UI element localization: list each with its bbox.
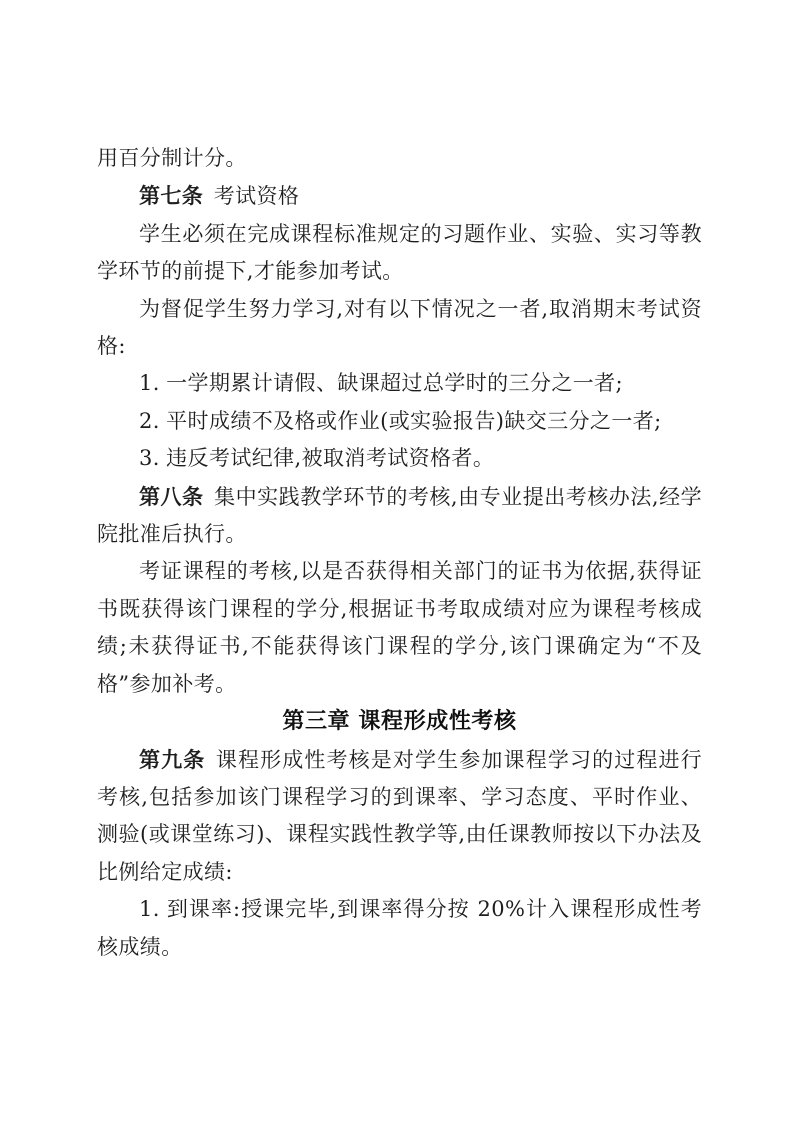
article-8-paragraph: 第八条集中实践教学环节的考核,由专业提出考核办法,经学院批准后执行。	[97, 478, 702, 554]
attendance-item-marker: 1.	[139, 897, 160, 921]
article-7-heading: 第七条考试资格	[97, 177, 702, 215]
article-9-paragraph: 第九条课程形成性考核是对学生参加课程学习的过程进行考核,包括参加该门课程学习的到…	[97, 741, 702, 892]
paragraph-certificate-course: 考证课程的考核,以是否获得相关部门的证书为依据,获得证书既获得该门课程的学分,根…	[97, 553, 702, 703]
list-item-2-marker: 2.	[139, 409, 160, 433]
cancel-list-item-2: 2.平时成绩不及格或作业(或实验报告)缺交三分之一者;	[97, 403, 702, 440]
paragraph-exam-prerequisite: 学生必须在完成课程标准规定的习题作业、实验、实习等教学环节的前提下,才能参加考试…	[97, 216, 702, 291]
list-item-1-marker: 1.	[139, 371, 160, 395]
document-page: 用百分制计分。 第七条考试资格 学生必须在完成课程标准规定的习题作业、实验、实习…	[0, 0, 794, 1122]
list-item-1-text: 一学期累计请假、缺课超过总学时的三分之一者;	[166, 371, 623, 395]
article-8-label: 第八条	[139, 484, 204, 509]
article-9-label: 第九条	[139, 747, 205, 772]
attendance-item-text: 到课率:授课完毕,到课率得分按 20%计入课程形成性考核成绩。	[97, 897, 702, 958]
paragraph-continuation: 用百分制计分。	[97, 140, 702, 177]
paragraph-cancel-intro: 为督促学生努力学习,对有以下情况之一者,取消期末考试资格:	[97, 291, 702, 366]
article-7-title: 考试资格	[214, 184, 300, 208]
cancel-list-item-3: 3.违反考试纪律,被取消考试资格者。	[97, 440, 702, 477]
list-item-3-text: 违反考试纪律,被取消考试资格者。	[166, 446, 494, 470]
cancel-list-item-1: 1.一学期累计请假、缺课超过总学时的三分之一者;	[97, 365, 702, 402]
article-7-label: 第七条	[139, 183, 203, 208]
list-item-3-marker: 3.	[139, 446, 160, 470]
page-content: 用百分制计分。 第七条考试资格 学生必须在完成课程标准规定的习题作业、实验、实习…	[97, 140, 702, 966]
attendance-list-item: 1.到课率:授课完毕,到课率得分按 20%计入课程形成性考核成绩。	[97, 891, 702, 966]
list-item-2-text: 平时成绩不及格或作业(或实验报告)缺交三分之一者;	[166, 409, 661, 433]
chapter-3-heading: 第三章 课程形成性考核	[97, 703, 702, 740]
